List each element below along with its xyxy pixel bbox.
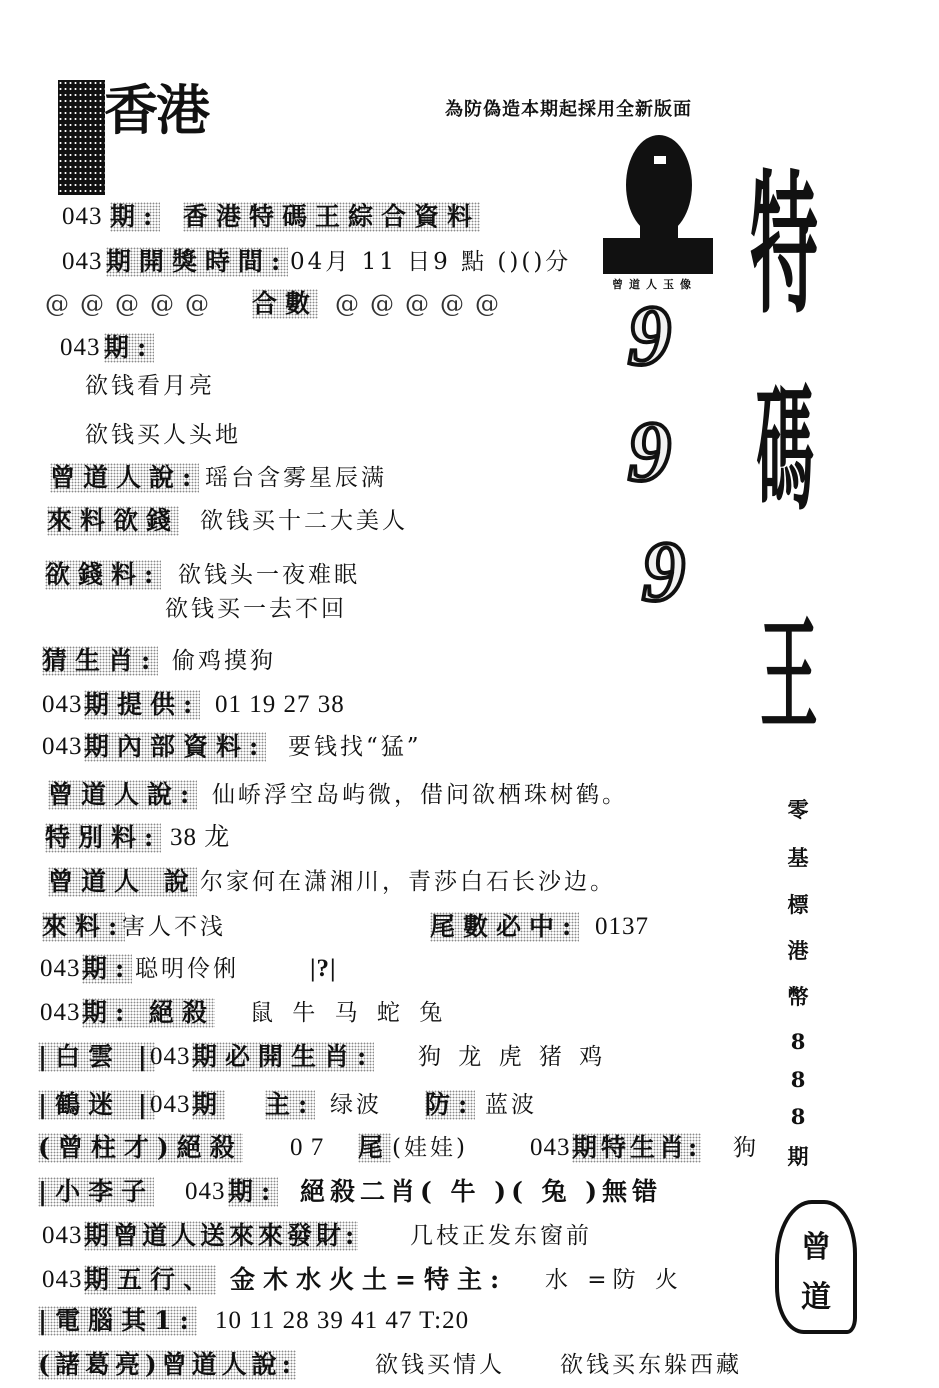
tipster-label: |白雲 | (38, 1042, 155, 1072)
elements-value: 水 =防 火 (545, 1265, 684, 1295)
line-draw-time: 043 期開獎時間: 04月 11 日9 點 ()()分 (0, 247, 939, 279)
line-text: 聪明伶俐 (135, 954, 239, 984)
line-label: 期五行、 (84, 1265, 216, 1295)
line-label: 期: (110, 202, 160, 232)
issue-number: 043 (42, 1265, 83, 1295)
tipster-label: |小李子 (38, 1177, 154, 1207)
line-label: 期: (228, 1177, 278, 1207)
line-label: 曾道人 說 (48, 867, 197, 897)
line-text: 几枝正发东窗前 (410, 1221, 592, 1251)
line-text: 欲钱买东躲西藏 (560, 1350, 742, 1380)
tipster-label: |鶴迷 | (38, 1090, 155, 1120)
issue-number: 043 (42, 732, 83, 762)
line-provided-numbers: 043 期提供: 01 19 27 38 (0, 690, 939, 722)
guard-color: 蓝波 (485, 1090, 537, 1120)
line-internal-info: 043 期內部資料: 要钱找“猛” (0, 732, 939, 764)
line-label: 猜生肖: (42, 646, 158, 676)
line-label: 期 (192, 1090, 225, 1120)
line-text: 欲钱买一去不回 (165, 594, 347, 624)
issue-number: 043 (150, 1090, 191, 1120)
logo-dither-block (58, 80, 105, 195)
computer-numbers: 10 11 28 39 41 47 T:20 (215, 1306, 469, 1336)
guard-label: 防: (425, 1090, 475, 1120)
anti-counterfeit-notice: 為防偽造本期起採用全新版面 (445, 95, 692, 121)
line-label: 期: 絕殺 (82, 998, 215, 1028)
issue-number: 043 (60, 333, 101, 363)
line-zeng-kill-tail: (曾柱才)絕殺 0 7 尾 (娃娃) 043 期特生肖: 狗 (0, 1133, 939, 1165)
issue-number: 043 (40, 954, 81, 984)
line-label: 期開獎時間: (106, 247, 288, 277)
line-title: 043 期: 香港特碼王綜合資料 (0, 202, 939, 234)
riddle-text: 欲钱看月亮 (85, 371, 215, 401)
special-number: 38 龙 (170, 823, 230, 853)
line-text: 欲钱头一夜难眠 (178, 560, 360, 590)
line-little-li: |小李子 043 期: 絕殺二肖( 牛 )( 兔 )無错 (0, 1177, 939, 1209)
issue-number: 043 (42, 690, 83, 720)
line-zeng-says-3: 曾道人 說 尔家何在潇湘川，青莎白石长沙边。 (0, 867, 939, 899)
elements-label: 金木水火土=特主: (230, 1265, 507, 1295)
line-computer-pick: |電腦其1: 10 11 28 39 41 47 T:20 (0, 1306, 939, 1338)
main-color: 绿波 (330, 1090, 382, 1120)
tipster-label: |電腦其1: (38, 1306, 197, 1336)
line-label: 期特生肖: (572, 1133, 701, 1163)
tipster-label: (諸葛亮)曾道人說: (38, 1350, 296, 1380)
line-label: 期曾道人送來來發財: (84, 1221, 358, 1251)
line-label: 期內部資料: (84, 732, 266, 762)
line-label: 期: (82, 954, 132, 984)
document-title: 香港特碼王綜合資料 (183, 202, 480, 232)
kill-tail-numbers: 0 7 (290, 1133, 324, 1163)
line-combined-numbers: @@@@@ 合數 @@@@@ (0, 289, 939, 321)
line-money-material: 欲錢料: 欲钱头一夜难眠 (0, 560, 939, 592)
at-decoration: @@@@@ (45, 289, 220, 319)
line-text: 仙峤浮空岛屿微，借问欲栖珠树鹤。 (212, 780, 628, 810)
line-fortune: 043 期曾道人送來來發財: 几枝正发东窗前 (0, 1221, 939, 1253)
line-label: 期: (104, 333, 154, 363)
issue-number: 043 (42, 1221, 83, 1251)
draw-time-value: 04月 11 日9 點 ()()分 (290, 247, 571, 277)
line-special-material: 特別料: 38 龙 (0, 823, 939, 855)
line-text: 要钱找“猛” (288, 732, 422, 762)
line-white-cloud: |白雲 | 043 期必開生肖: 狗 龙 虎 猪 鸡 (0, 1042, 939, 1074)
line-source-tail: 來料: 害人不浅 尾數必中: 0137 (0, 912, 939, 944)
zodiac-list: 狗 龙 虎 猪 鸡 (418, 1042, 607, 1072)
line-source-money: 來料欲錢 欲钱买十二大美人 (0, 506, 939, 538)
line-text: 害人不浅 (122, 912, 226, 942)
line-label: 來料: (42, 912, 125, 942)
line-issue: 043 期: (0, 333, 939, 365)
line-label: 欲錢料: (45, 560, 161, 590)
line-label: 來料欲錢 (47, 506, 179, 536)
line-label: 特別料: (45, 823, 161, 853)
line-text: 瑶台含雾星辰满 (205, 463, 387, 493)
line-five-elements: 043 期五行、 金木水火土=特主: 水 =防 火 (0, 1265, 939, 1297)
issue-number: 043 (150, 1042, 191, 1072)
tail-label: 尾 (358, 1133, 391, 1163)
tipster-label: (曾柱才)絕殺 (38, 1133, 243, 1163)
line-text: (娃娃) (392, 1133, 468, 1163)
zodiac-list: 鼠 牛 马 蛇 兔 (250, 998, 448, 1028)
line-riddle-1: 欲钱看月亮 (0, 371, 939, 403)
line-text: 絕殺二肖( 牛 )( 兔 )無错 (300, 1177, 662, 1207)
riddle-text: 欲钱买人头地 (85, 420, 241, 450)
unknown-glyph-mark: |?| (310, 954, 337, 984)
logo-title: 香港 (104, 78, 208, 142)
line-label: 曾道人說: (48, 780, 197, 810)
line-zeng-says-1: 曾道人說: 瑶台含雾星辰满 (0, 463, 939, 495)
issue-number: 043 (62, 247, 103, 277)
line-zeng-says-2: 曾道人說: 仙峤浮空岛屿微，借问欲栖珠树鹤。 (0, 780, 939, 812)
issue-number: 043 (530, 1133, 571, 1163)
line-kill-zodiacs: 043 期: 絕殺 鼠 牛 马 蛇 兔 (0, 998, 939, 1030)
line-money-material-2: 欲钱买一去不回 (0, 594, 939, 626)
line-crane: |鶴迷 | 043 期 主: 绿波 防: 蓝波 (0, 1090, 939, 1122)
issue-number: 043 (185, 1177, 226, 1207)
main-label: 主: (265, 1090, 315, 1120)
line-text: 欲钱买十二大美人 (200, 506, 408, 536)
line-label: 曾道人說: (50, 463, 199, 493)
issue-number: 043 (40, 998, 81, 1028)
line-riddle-2: 欲钱买人头地 (0, 420, 939, 452)
line-label: 期必開生肖: (192, 1042, 374, 1072)
at-decoration: @@@@@ (335, 289, 510, 319)
line-zhuge-liang: (諸葛亮)曾道人說: 欲钱买情人 欲钱买东躲西藏 (0, 1350, 939, 1382)
line-text: 偷鸡摸狗 (172, 646, 276, 676)
line-label: 期提供: (84, 690, 200, 720)
provided-numbers: 01 19 27 38 (215, 690, 345, 720)
line-label: 合數 (252, 289, 318, 319)
line-guess-zodiac: 猜生肖: 偷鸡摸狗 (0, 646, 939, 678)
issue-number: 043 (62, 202, 103, 232)
line-text: 尔家何在潇湘川，青莎白石长沙边。 (200, 867, 616, 897)
line-text: 欲钱买情人 (375, 1350, 505, 1380)
tail-label: 尾數必中: (430, 912, 579, 942)
tail-numbers: 0137 (595, 912, 649, 942)
line-clever: 043 期: 聪明伶俐 |?| (0, 954, 939, 986)
special-zodiac: 狗 (733, 1133, 759, 1163)
